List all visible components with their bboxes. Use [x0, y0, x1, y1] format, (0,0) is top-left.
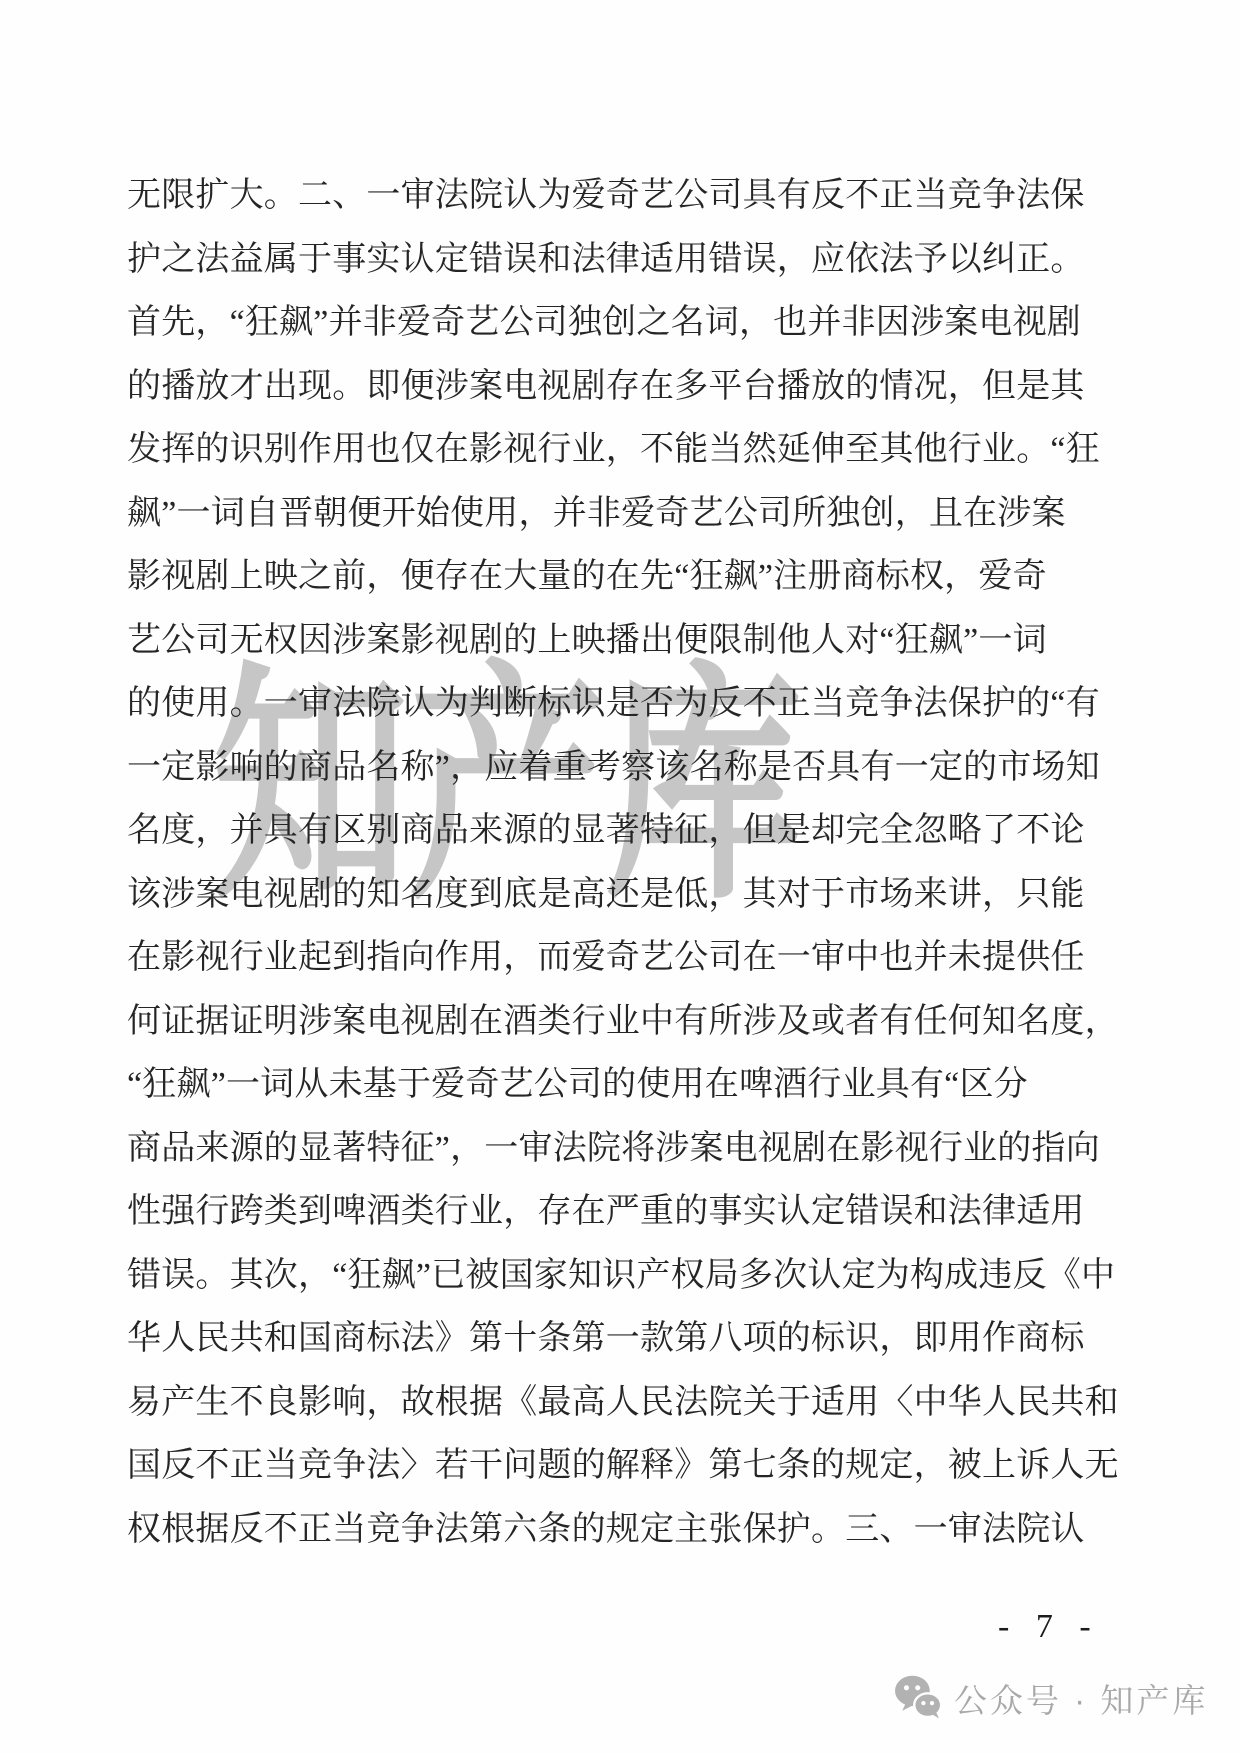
document-page: 知产库 无限扩大。二、一审法院认为爱奇艺公司具有反不正当竞争法保 护之法益属于事…: [0, 0, 1240, 1753]
text-line: 的使用。一审法院认为判断标识是否为反不正当竞争法保护的“有: [127, 672, 1085, 736]
text-line: 权根据反不正当竞争法第六条的规定主张保护。三、一审法院认: [127, 1498, 1085, 1562]
text-line: 华人民共和国商标法》第十条第一款第八项的标识，即用作商标: [127, 1307, 1085, 1371]
text-line: 护之法益属于事实认定错误和法律适用错误，应依法予以纠正。: [127, 228, 1085, 292]
text-line: 错误。其次，“狂飙”已被国家知识产权局多次认定为构成违反《中: [127, 1244, 1085, 1308]
text-line: 国反不正当竞争法〉若干问题的解释》第七条的规定，被上诉人无: [127, 1434, 1085, 1498]
text-line: 在影视行业起到指向作用，而爱奇艺公司在一审中也并未提供任: [127, 926, 1085, 990]
text-line: 发挥的识别作用也仅在影视行业，不能当然延伸至其他行业。“狂: [127, 418, 1085, 482]
text-line: 易产生不良影响，故根据《最高人民法院关于适用〈中华人民共和: [127, 1371, 1085, 1435]
text-line: 艺公司无权因涉案影视剧的上映播出便限制他人对“狂飙”一词: [127, 609, 1085, 673]
text-line: 的播放才出现。即便涉案电视剧存在多平台播放的情况，但是其: [127, 355, 1085, 419]
page-number: - 7 -: [998, 1608, 1093, 1646]
text-line: 一定影响的商品名称”，应着重考察该名称是否具有一定的市场知: [127, 736, 1085, 800]
text-line: 名度，并具有区别商品来源的显著特征，但是却完全忽略了不论: [127, 799, 1085, 863]
text-line: 商品来源的显著特征”，一审法院将涉案电视剧在影视行业的指向: [127, 1117, 1085, 1181]
text-line: “狂飙”一词从未基于爱奇艺公司的使用在啤酒行业具有“区分: [127, 1053, 1085, 1117]
text-line: 首先，“狂飙”并非爱奇艺公司独创之名词，也并非因涉案电视剧: [127, 291, 1085, 355]
text-line: 何证据证明涉案电视剧在酒类行业中有所涉及或者有任何知名度，: [127, 990, 1085, 1054]
wechat-icon: [893, 1674, 942, 1723]
text-line: 该涉案电视剧的知名度到底是高还是低，其对于市场来讲，只能: [127, 863, 1085, 927]
text-line: 影视剧上映之前，便存在大量的在先“狂飙”注册商标权，爱奇: [127, 545, 1085, 609]
text-line: 无限扩大。二、一审法院认为爱奇艺公司具有反不正当竞争法保: [127, 164, 1085, 228]
text-line: 性强行跨类到啤酒类行业，存在严重的事实认定错误和法律适用: [127, 1180, 1085, 1244]
document-body: 无限扩大。二、一审法院认为爱奇艺公司具有反不正当竞争法保 护之法益属于事实认定错…: [127, 164, 1085, 1561]
text-line: 飙”一词自晋朝便开始使用，并非爱奇艺公司所独创，且在涉案: [127, 482, 1085, 546]
footer-label: 公众号 · 知产库: [954, 1675, 1208, 1722]
footer-branding: 公众号 · 知产库: [893, 1674, 1208, 1723]
